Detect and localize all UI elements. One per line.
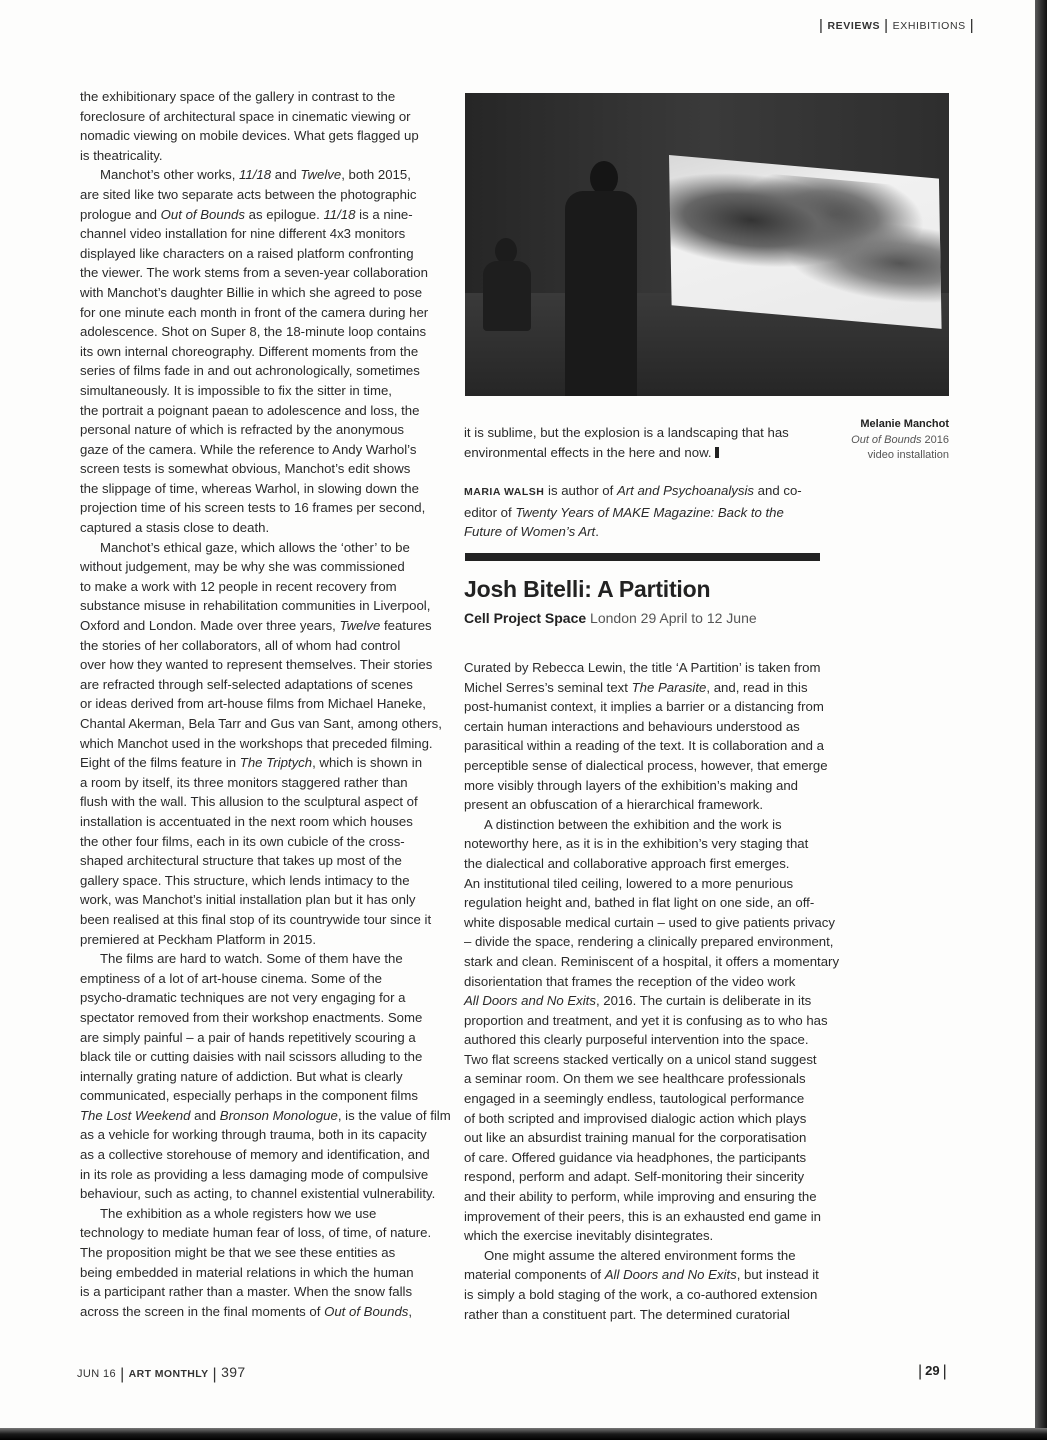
standing-figure (590, 161, 618, 195)
text-line: behaviour, such as acting, to channel ex… (80, 1184, 436, 1204)
book-title: Art and Psychoanalysis (617, 483, 754, 498)
text-line: internally grating nature of addiction. … (80, 1067, 436, 1087)
text-line: more visibly through layers of the exhib… (464, 776, 820, 796)
text-line: gaze of the camera. While the reference … (80, 440, 436, 460)
text-line: One might assume the altered environment… (464, 1246, 820, 1266)
text-line: engaged in a seemingly endless, tautolog… (464, 1089, 820, 1109)
text-line: simultaneously. It is impossible to fix … (80, 381, 436, 401)
text-line: The films are hard to watch. Some of the… (80, 949, 436, 969)
text-line: authored this clearly purposeful interve… (464, 1030, 820, 1050)
text-line: for one minute each month in front of th… (80, 303, 436, 323)
bio-text: . (595, 524, 599, 539)
text-line: or ideas derived from art-house films fr… (80, 694, 436, 714)
text-line: it is sublime, but the explosion is a la… (464, 423, 820, 443)
text-line: Two flat screens stacked vertically on a… (464, 1050, 820, 1070)
text-line: series of films fade in and out achronol… (80, 361, 436, 381)
text-line: the dialectical and collaborative approa… (464, 854, 820, 874)
caption-year: 2016 (921, 434, 949, 446)
text-line: been realised at this final stop of its … (80, 910, 436, 930)
text-line: communicated, especially perhaps in the … (80, 1086, 436, 1106)
review-meta: Cell Project Space London 29 April to 12… (464, 610, 757, 626)
caption-work: Out of Bounds (851, 434, 921, 446)
text-line: projection time of his screen tests to 1… (80, 498, 436, 518)
text-line: the portrait a poignant paean to adolesc… (80, 401, 436, 421)
text-line: the stories of her collaborators, all of… (80, 636, 436, 656)
text-line: of care. Offered guidance via headphones… (464, 1148, 820, 1168)
text-line: captured a stasis close to death. (80, 518, 436, 538)
text-line: work, was Manchot’s initial installation… (80, 890, 436, 910)
text-line: post-humanist context, it implies a barr… (464, 697, 820, 717)
text-line: present an obfuscation of a hierarchical… (464, 795, 820, 815)
text-line: of both scripted and improvised dialogic… (464, 1109, 820, 1129)
text-line: white disposable medical curtain – used … (464, 913, 820, 933)
text-line: over how they wanted to represent themse… (80, 655, 436, 675)
left-column-text: the exhibitionary space of the gallery i… (80, 87, 436, 1321)
text-line: flush with the wall. This allusion to th… (80, 792, 436, 812)
seated-figure-body (483, 261, 531, 331)
text-line: Chantal Akerman, Bela Tarr and Gus van S… (80, 714, 436, 734)
text-line: certain human interactions and behaviour… (464, 717, 820, 737)
text-line: black tile or cutting daisies with nail … (80, 1047, 436, 1067)
text-line: psycho-dramatic techniques are not very … (80, 988, 436, 1008)
text-line: Oxford and London. Made over three years… (80, 616, 436, 636)
text-line: being embedded in material relations in … (80, 1263, 436, 1283)
text-line: gallery space. This structure, which len… (80, 871, 436, 891)
text-line: premiered at Peckham Platform in 2015. (80, 930, 436, 950)
author-bio: MARIA WALSH is author of Art and Psychoa… (464, 481, 820, 542)
text-line: as a vehicle for working through trauma,… (80, 1125, 436, 1145)
text-line: All Doors and No Exits, 2016. The curtai… (464, 991, 820, 1011)
text-line: its own internal choreography. Different… (80, 342, 436, 362)
text-line: Michel Serres’s seminal text The Parasit… (464, 678, 820, 698)
section-rule (465, 553, 820, 561)
artwork-photo (465, 93, 949, 396)
text-line: and their ability to perform, while impr… (464, 1187, 820, 1207)
text-line: material components of All Doors and No … (464, 1265, 820, 1285)
folio-right: |29| (915, 1363, 950, 1381)
magazine-name: ART MONTHLY (129, 1368, 209, 1380)
text-line: displayed like characters on a raised pl… (80, 244, 436, 264)
text-line: the slippage of time, whereas Warhol, in… (80, 479, 436, 499)
review-body: Curated by Rebecca Lewin, the title ‘A P… (464, 658, 820, 1324)
text-line: spectator removed from their workshop en… (80, 1008, 436, 1028)
text-line: is a participant rather than a master. W… (80, 1282, 436, 1302)
location-dates: London 29 April to 12 June (586, 610, 756, 626)
text-line: The Lost Weekend and Bronson Monologue, … (80, 1106, 436, 1126)
caption-medium: video installation (820, 448, 949, 464)
text-line: Curated by Rebecca Lewin, the title ‘A P… (464, 658, 820, 678)
text-line: in its role as providing a less damaging… (80, 1165, 436, 1185)
text-line: technology to mediate human fear of loss… (80, 1223, 436, 1243)
text-line: emptiness of a lot of art-house cinema. … (80, 969, 436, 989)
projection-screen (669, 155, 942, 329)
text-line: improvement of their peers, this is an e… (464, 1207, 820, 1227)
text-line: nomadic viewing on mobile devices. What … (80, 126, 436, 146)
text-line: proportion and treatment, and yet it is … (464, 1011, 820, 1031)
text-line: Manchot’s ethical gaze, which allows the… (80, 538, 436, 558)
page-number: 29 (925, 1363, 939, 1378)
scanner-edge-bottom (0, 1428, 1047, 1440)
text-line: screen tests is somewhat obvious, Mancho… (80, 459, 436, 479)
photo-caption: Melanie Manchot Out of Bounds 2016 video… (820, 417, 949, 464)
section-label: REVIEWS (828, 20, 881, 32)
text-line: adolescence. Shot on Super 8, the 18-min… (80, 322, 436, 342)
text-line: as a collective storehouse of memory and… (80, 1145, 436, 1165)
text-line: the other four films, each in its own cu… (80, 832, 436, 852)
text-line: disorientation that frames the reception… (464, 972, 820, 992)
issue-number: 397 (221, 1364, 246, 1380)
text-line: are refracted through self-selected adap… (80, 675, 436, 695)
text-line: a room by itself, its three monitors sta… (80, 773, 436, 793)
author-name: MARIA WALSH (464, 486, 544, 498)
text-line: which Manchot used in the workshops that… (80, 734, 436, 754)
venue: Cell Project Space (464, 610, 586, 626)
text-line: without judgement, may be why she was co… (80, 557, 436, 577)
text-line: shaped architectural structure that take… (80, 851, 436, 871)
text-line: Manchot’s other works, 11/18 and Twelve,… (80, 165, 436, 185)
end-of-article-mark (715, 447, 719, 458)
text-line: regulation height and, bathed in flat li… (464, 893, 820, 913)
continuation-text: it is sublime, but the explosion is a la… (464, 423, 820, 462)
text-line: substance misuse in rehabilitation commu… (80, 596, 436, 616)
text-line: with Manchot’s daughter Billie in which … (80, 283, 436, 303)
text-line: prologue and Out of Bounds as epilogue. … (80, 205, 436, 225)
caption-artist: Melanie Manchot (820, 417, 949, 433)
text-line: which the exercise inevitably disintegra… (464, 1226, 820, 1246)
text-line: is theatricality. (80, 146, 436, 166)
text-line: perceptible sense of dialectical process… (464, 756, 820, 776)
text-line: respond, perform and adapt. Self-monitor… (464, 1167, 820, 1187)
text-line: across the screen in the final moments o… (80, 1302, 436, 1322)
text-line: a seminar room. On them we see healthcar… (464, 1069, 820, 1089)
text-line: out like an absurdist training manual fo… (464, 1128, 820, 1148)
subsection-label: EXHIBITIONS (893, 20, 966, 32)
text-line: parasitical within a reading of the text… (464, 736, 820, 756)
text-line: rather than a constituent part. The dete… (464, 1305, 820, 1325)
text-line: A distinction between the exhibition and… (464, 815, 820, 835)
text-line: noteworthy here, as it is in the exhibit… (464, 834, 820, 854)
text-line: The exhibition as a whole registers how … (80, 1204, 436, 1224)
text-line: the exhibitionary space of the gallery i… (80, 87, 436, 107)
text-line: The proposition might be that we see the… (80, 1243, 436, 1263)
text-line: is simply a bold staging of the work, a … (464, 1285, 820, 1305)
text-line: the viewer. The work stems from a seven-… (80, 263, 436, 283)
folio-left: JUN 16|ART MONTHLY|397 (77, 1364, 246, 1384)
text-line: Eight of the films feature in The Tripty… (80, 753, 436, 773)
mountain-image (669, 165, 941, 309)
text-line: are sited like two separate acts between… (80, 185, 436, 205)
text-line: stark and clean. Reminiscent of a hospit… (464, 952, 820, 972)
review-title: Josh Bitelli: A Partition (464, 576, 710, 603)
text-line: environmental effects in the here and no… (464, 445, 712, 460)
text-line: – divide the space, rendering a clinical… (464, 932, 820, 952)
standing-figure-body (565, 191, 637, 396)
text-line: installation is accentuated in the next … (80, 812, 436, 832)
scanner-edge-right (1035, 0, 1047, 1440)
text-line: personal nature of which is refracted by… (80, 420, 436, 440)
text-line: to make a work with 12 people in recent … (80, 577, 436, 597)
text-line: An institutional tiled ceiling, lowered … (464, 874, 820, 894)
text-line: foreclosure of architectural space in ci… (80, 107, 436, 127)
bio-text: is author of (544, 483, 617, 498)
text-line: are simply painful – a pair of hands rep… (80, 1028, 436, 1048)
issue-date: JUN 16 (77, 1368, 116, 1380)
running-head: |REVIEWS|EXHIBITIONS| (815, 17, 978, 34)
text-line: channel video installation for nine diff… (80, 224, 436, 244)
